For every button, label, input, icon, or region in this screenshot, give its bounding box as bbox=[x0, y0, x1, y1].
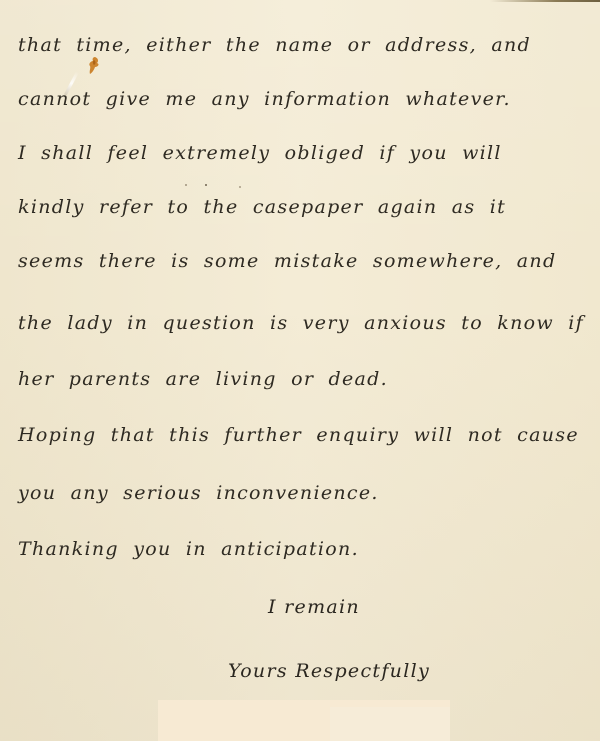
letter-line-8: Hoping that this further enquiry will no… bbox=[18, 424, 579, 446]
letter-line-6: the lady in question is very anxious to … bbox=[18, 312, 584, 334]
paper-patch-right bbox=[330, 707, 450, 741]
closing-signoff: Yours Respectfully bbox=[228, 660, 430, 682]
ink-specks bbox=[185, 184, 187, 186]
rust-stain-icon bbox=[86, 56, 102, 76]
letter-line-2: cannot give me any information whatever. bbox=[18, 88, 511, 110]
letter-line-5: seems there is some mistake somewhere, a… bbox=[18, 250, 556, 272]
letter-line-10: Thanking you in anticipation. bbox=[18, 538, 359, 560]
letter-line-1: that time, either the name or address, a… bbox=[18, 34, 531, 56]
letter-line-3: I shall feel extremely obliged if you wi… bbox=[18, 142, 502, 164]
letter-line-4: kindly refer to the casepaper again as i… bbox=[18, 196, 506, 218]
letter-page: that time, either the name or address, a… bbox=[0, 0, 600, 741]
letter-line-7: her parents are living or dead. bbox=[18, 368, 388, 390]
letter-line-9: you any serious inconvenience. bbox=[18, 482, 379, 504]
paper-top-edge bbox=[490, 0, 600, 2]
closing-remain: I remain bbox=[268, 596, 360, 618]
